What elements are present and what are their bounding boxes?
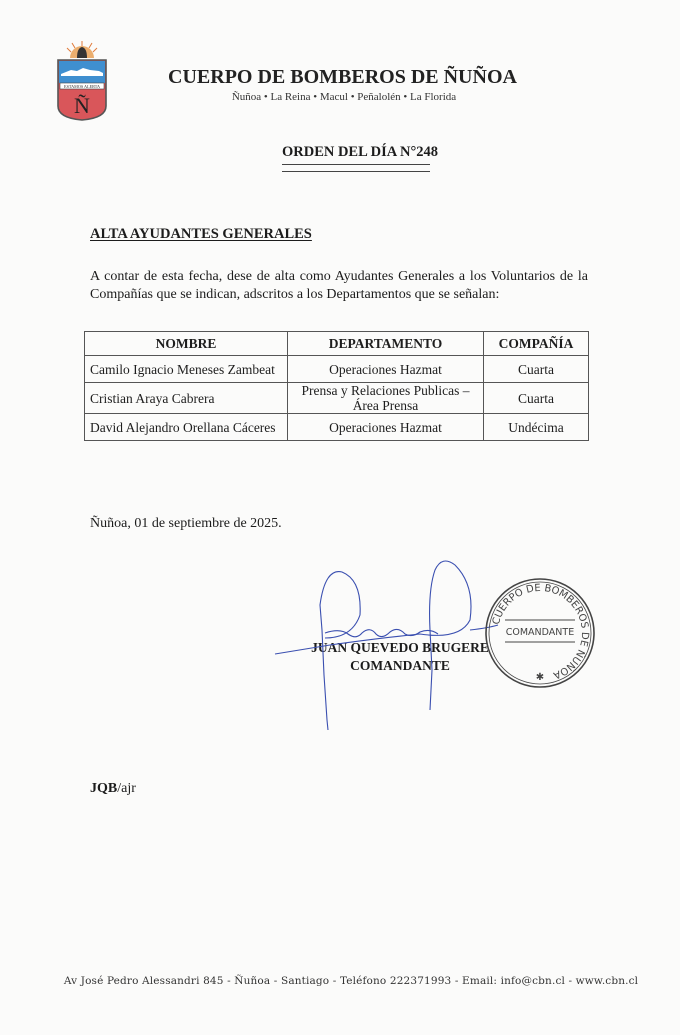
stamp-center-text: COMANDANTE: [506, 627, 574, 638]
order-title: ORDEN DEL DÍA N°248: [0, 144, 680, 161]
cell-nombre: Cristian Araya Cabrera: [85, 383, 288, 414]
table-row: Camilo Ignacio Meneses Zambeat Operacion…: [85, 356, 589, 383]
assignments-table: NOMBRE DEPARTAMENTO COMPAÑÍA Camilo Igna…: [84, 331, 589, 441]
table-header-row: NOMBRE DEPARTAMENTO COMPAÑÍA: [85, 332, 589, 356]
footer-contact: Av José Pedro Alessandri 845 - Ñuñoa - S…: [0, 975, 680, 987]
signer-name: JUAN QUEVEDO BRUGERE: [300, 640, 500, 656]
organization-title: CUERPO DE BOMBEROS DE ÑUÑOA: [0, 66, 680, 89]
table-row: Cristian Araya Cabrera Prensa y Relacion…: [85, 383, 589, 414]
body-paragraph: A contar de esta fecha, dese de alta com…: [90, 268, 588, 304]
section-title: ALTA AYUDANTES GENERALES: [90, 226, 312, 243]
star-icon: ✱: [536, 672, 544, 683]
initials-signer: JQB: [90, 781, 117, 796]
column-header-nombre: NOMBRE: [85, 332, 288, 356]
cell-compania: Cuarta: [484, 383, 589, 414]
column-header-compania: COMPAÑÍA: [484, 332, 589, 356]
cell-departamento: Operaciones Hazmat: [288, 414, 484, 441]
cell-nombre: David Alejandro Orellana Cáceres: [85, 414, 288, 441]
date-line: Ñuñoa, 01 de septiembre de 2025.: [90, 516, 282, 532]
cell-departamento: Prensa y Relaciones Publicas –Área Prens…: [288, 383, 484, 414]
author-initials: JQB/ajr: [90, 781, 136, 797]
table-row: David Alejandro Orellana Cáceres Operaci…: [85, 414, 589, 441]
cell-compania: Undécima: [484, 414, 589, 441]
double-rule-divider: [282, 164, 430, 172]
organization-communes: Ñuñoa • La Reina • Macul • Peñalolén • L…: [0, 91, 680, 103]
column-header-departamento: DEPARTAMENTO: [288, 332, 484, 356]
cell-nombre: Camilo Ignacio Meneses Zambeat: [85, 356, 288, 383]
cell-departamento: Operaciones Hazmat: [288, 356, 484, 383]
cell-compania: Cuarta: [484, 356, 589, 383]
commander-stamp: CUERPO DE BOMBEROS DE ÑUÑOA COMANDANTE ✱: [483, 576, 597, 690]
signer-role: COMANDANTE: [300, 658, 500, 674]
initials-typist: /ajr: [117, 781, 136, 796]
